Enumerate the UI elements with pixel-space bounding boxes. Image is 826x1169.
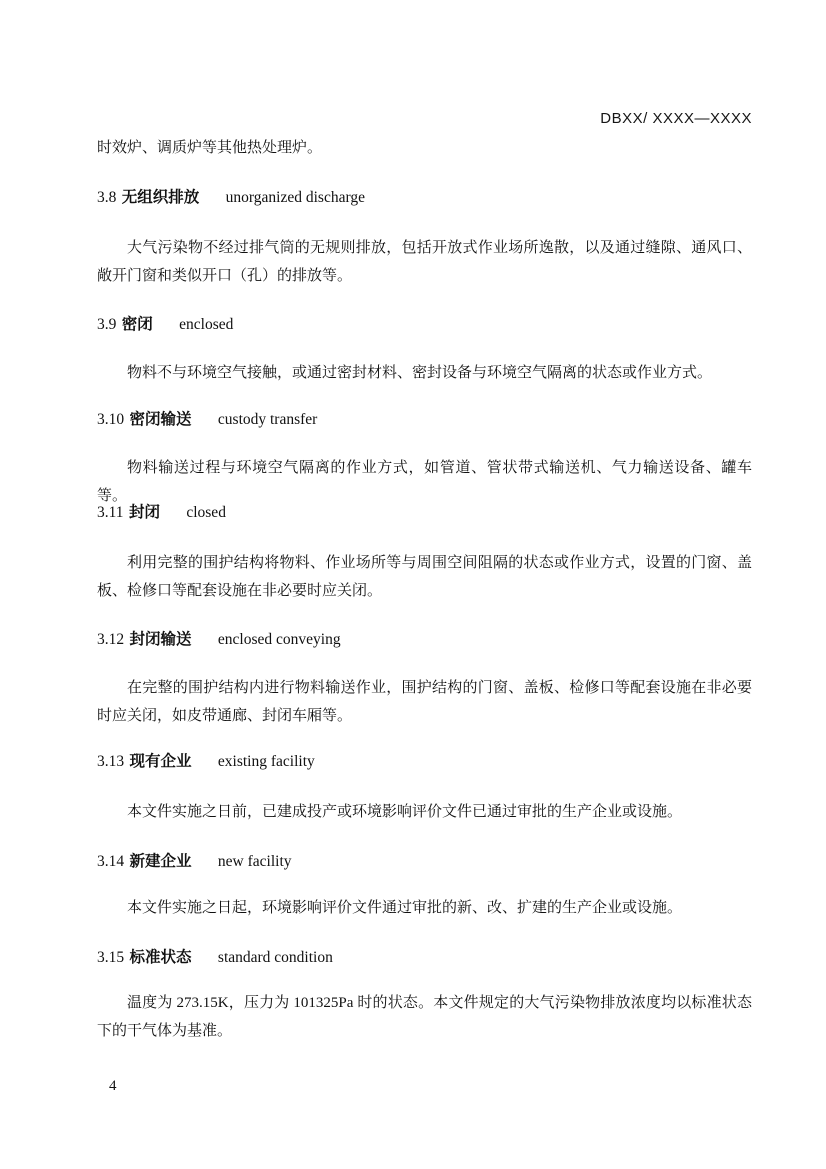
section-body-3-12: 在完整的围护结构内进行物料输送作业，围护结构的门窗、盖板、检修口等配套设施在非必…	[97, 674, 752, 730]
section-term-zh: 密闭	[122, 316, 153, 333]
section-number: 3.13	[97, 753, 124, 770]
section-term-zh: 标准状态	[130, 949, 192, 966]
section-body-3-14: 本文件实施之日起，环境影响评价文件通过审批的新、改、扩建的生产企业或设施。	[97, 894, 752, 922]
section-term-en: standard condition	[218, 949, 333, 966]
section-heading-3-13: 3.13现有企业existing facility	[97, 748, 752, 776]
section-body-3-9: 物料不与环境空气接触，或通过密封材料、密封设备与环境空气隔离的状态或作业方式。	[97, 359, 752, 387]
section-number: 3.14	[97, 853, 124, 870]
section-term-en: closed	[186, 504, 226, 521]
section-body-3-8: 大气污染物不经过排气筒的无规则排放，包括开放式作业场所逸散，以及通过缝隙、通风口…	[97, 234, 752, 290]
section-heading-3-14: 3.14新建企业new facility	[97, 848, 752, 876]
section-number: 3.9	[97, 316, 116, 333]
section-term-zh: 封闭输送	[130, 631, 192, 648]
section-term-en: existing facility	[218, 753, 315, 770]
document-header-code: DBXX/ XXXX—XXXX	[97, 105, 752, 133]
section-heading-3-9: 3.9密闭enclosed	[97, 311, 752, 339]
section-term-en: new facility	[218, 853, 292, 870]
intro-continuation-line: 时效炉、调质炉等其他热处理炉。	[97, 134, 752, 162]
document-page: DBXX/ XXXX—XXXX 时效炉、调质炉等其他热处理炉。 3.8无组织排放…	[0, 0, 826, 1169]
section-heading-3-15: 3.15标准状态standard condition	[97, 944, 752, 972]
section-term-en: custody transfer	[218, 411, 317, 428]
page-number: 4	[109, 1076, 117, 1096]
section-heading-3-12: 3.12封闭输送enclosed conveying	[97, 626, 752, 654]
section-body-3-13: 本文件实施之日前，已建成投产或环境影响评价文件已通过审批的生产企业或设施。	[97, 798, 752, 826]
section-number: 3.11	[97, 504, 124, 521]
section-body-3-11: 利用完整的围护结构将物料、作业场所等与周围空间阻隔的状态或作业方式，设置的门窗、…	[97, 549, 752, 605]
section-term-zh: 新建企业	[130, 853, 192, 870]
section-term-zh: 密闭输送	[130, 411, 192, 428]
section-heading-3-11: 3.11封闭closed	[97, 499, 752, 527]
section-term-zh: 无组织排放	[122, 189, 200, 206]
section-number: 3.15	[97, 949, 124, 966]
section-number: 3.12	[97, 631, 124, 648]
section-term-zh: 现有企业	[130, 753, 192, 770]
section-number: 3.10	[97, 411, 124, 428]
section-number: 3.8	[97, 189, 116, 206]
section-term-en: unorganized discharge	[226, 189, 365, 206]
section-term-en: enclosed	[179, 316, 233, 333]
section-heading-3-10: 3.10密闭输送custody transfer	[97, 406, 752, 434]
section-heading-3-8: 3.8无组织排放unorganized discharge	[97, 184, 752, 212]
section-body-3-15: 温度为 273.15K，压力为 101325Pa 时的状态。本文件规定的大气污染…	[97, 989, 752, 1045]
section-term-en: enclosed conveying	[218, 631, 341, 648]
section-term-zh: 封闭	[129, 504, 160, 521]
